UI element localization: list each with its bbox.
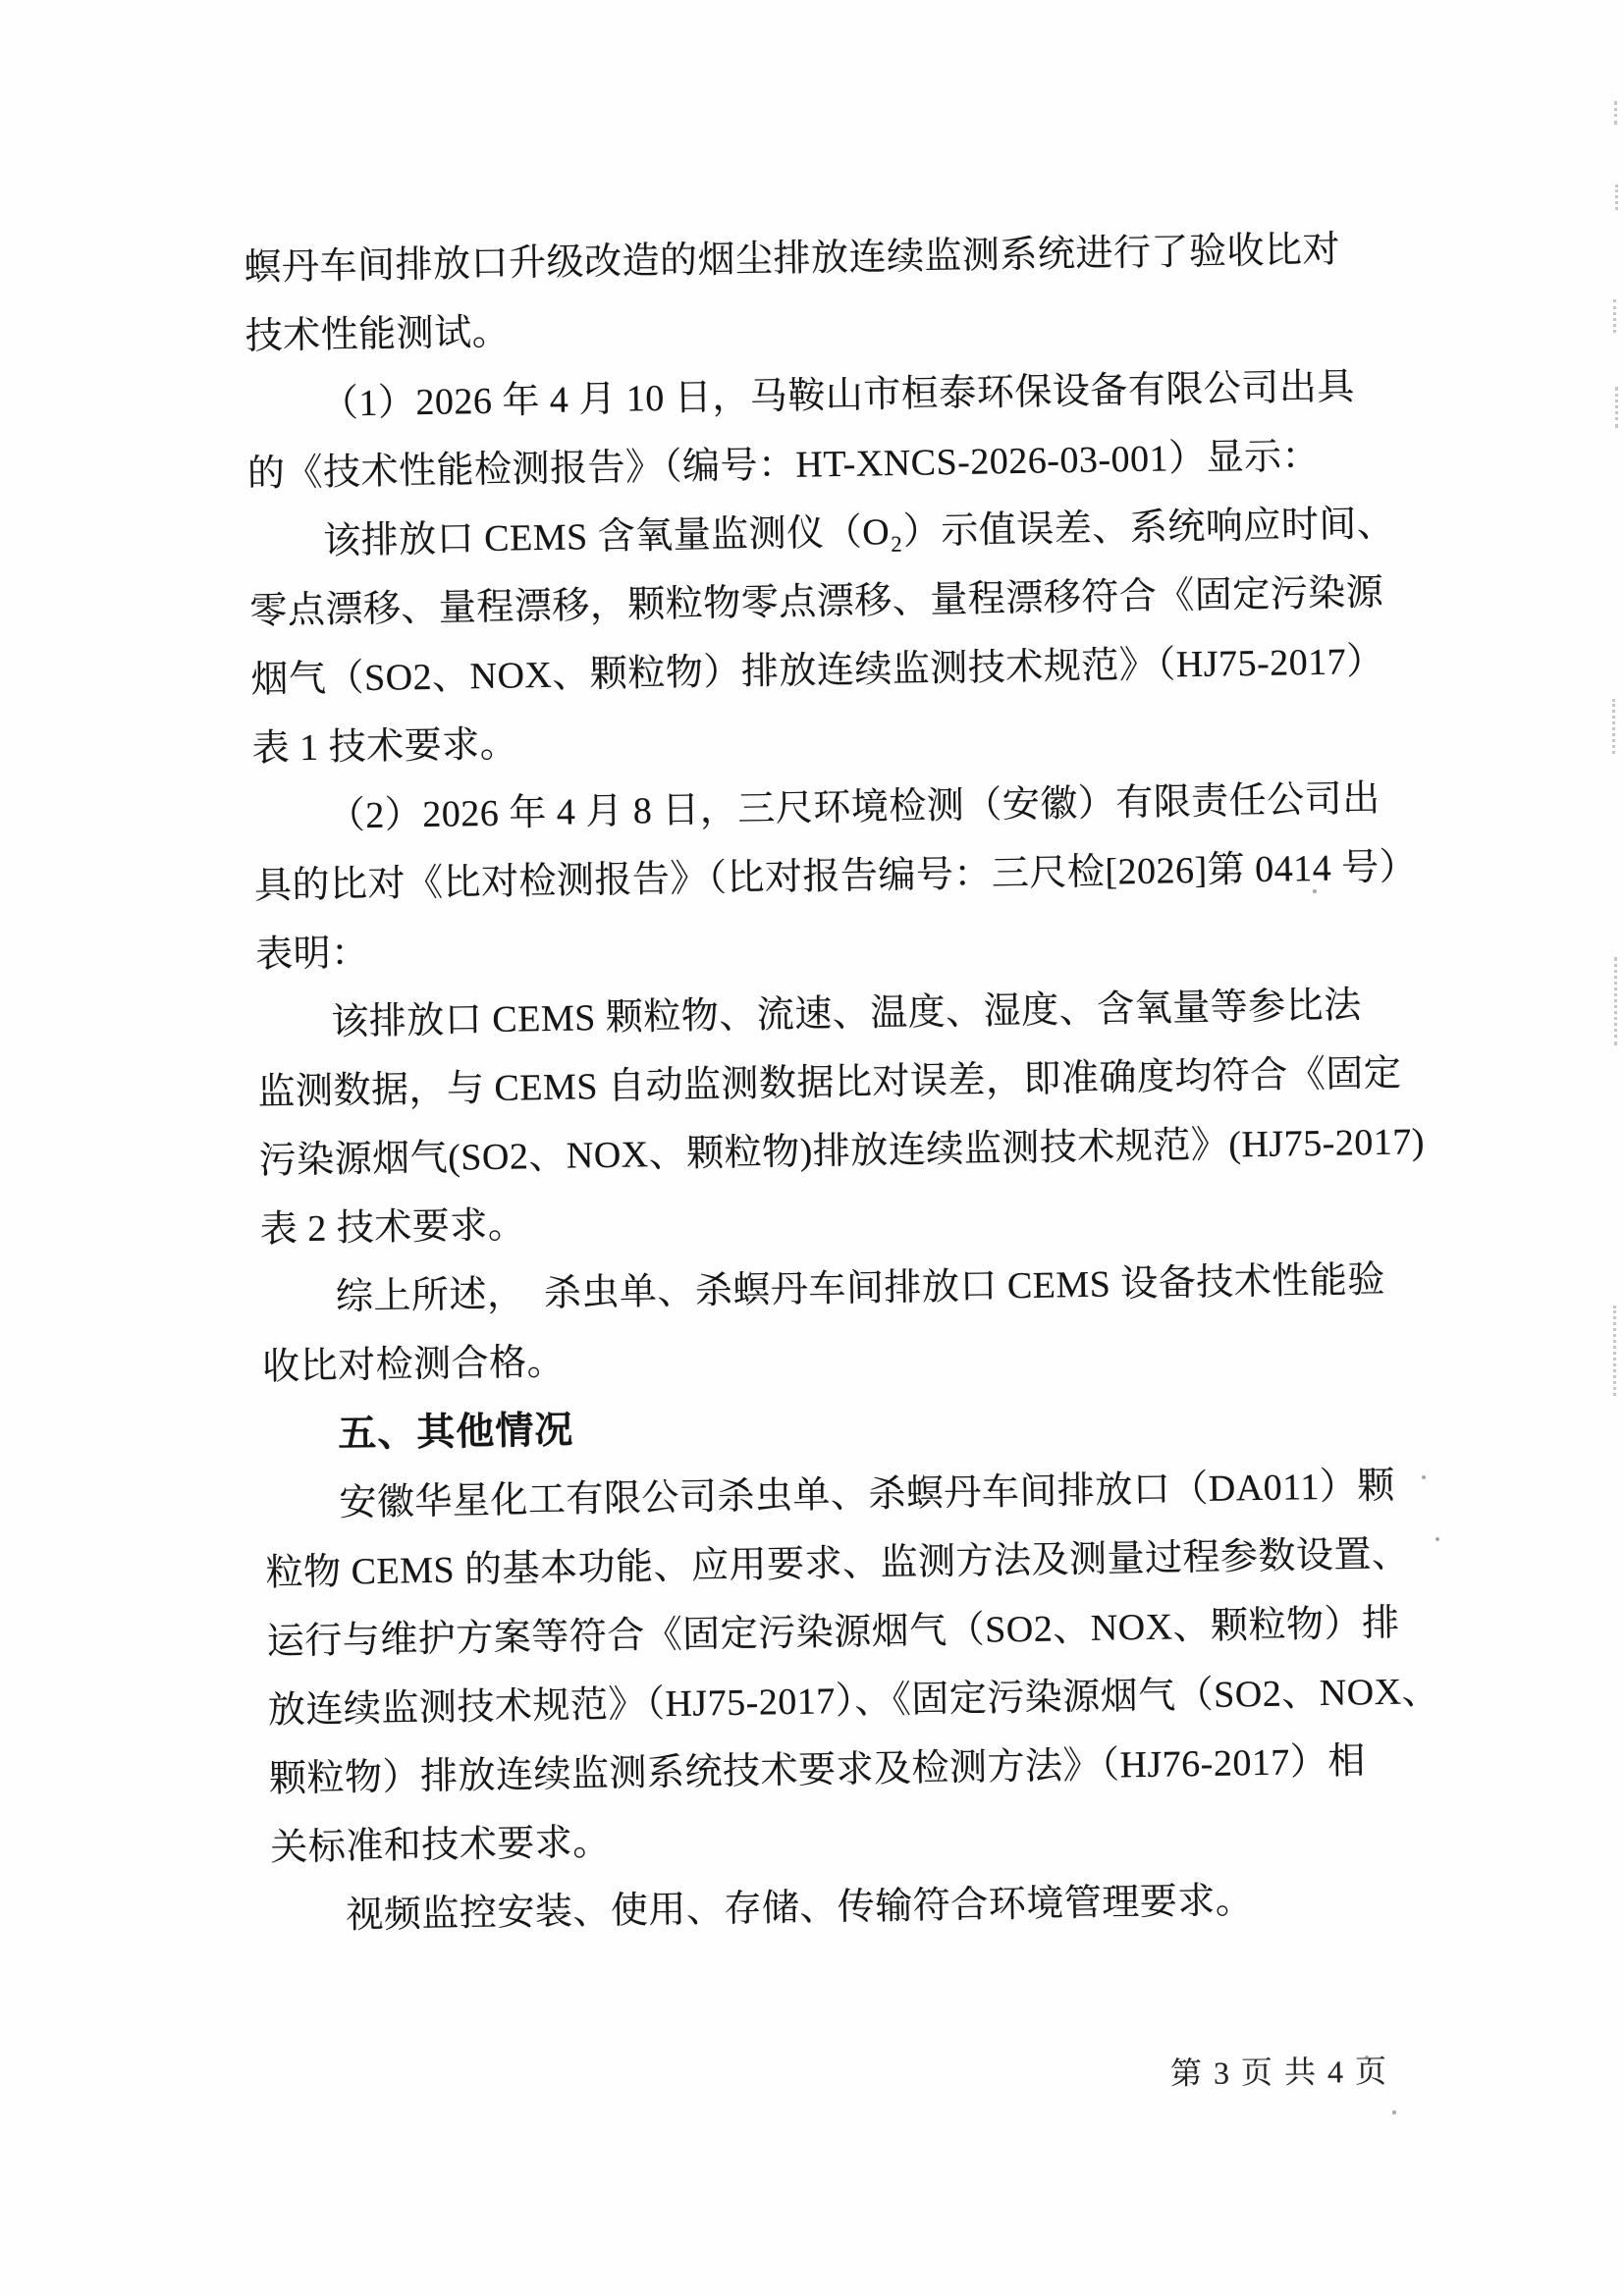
scan-artifact (1613, 1306, 1616, 1396)
scan-artifact (1615, 387, 1618, 428)
scan-artifact (1614, 101, 1617, 125)
page-number: 第 3 页 共 4 页 (1170, 2049, 1388, 2096)
scan-artifact (1612, 699, 1615, 754)
document-text-block: 螟丹车间排放口升级改造的烟尘排放连续监测系统进行了验收比对 技术性能测试。 （1… (244, 215, 1381, 1950)
scan-artifact (1613, 299, 1616, 333)
scanned-document-page: 螟丹车间排放口升级改造的烟尘排放连续监测系统进行了验收比对 技术性能测试。 （1… (0, 0, 1624, 2296)
scan-speck (1313, 889, 1317, 893)
scan-speck (1392, 2110, 1396, 2114)
scan-speck (1365, 2056, 1369, 2059)
scan-speck (1435, 1537, 1439, 1541)
scan-artifact (1615, 185, 1618, 210)
scan-speck (1422, 1475, 1426, 1479)
scan-artifact (1614, 957, 1617, 1045)
